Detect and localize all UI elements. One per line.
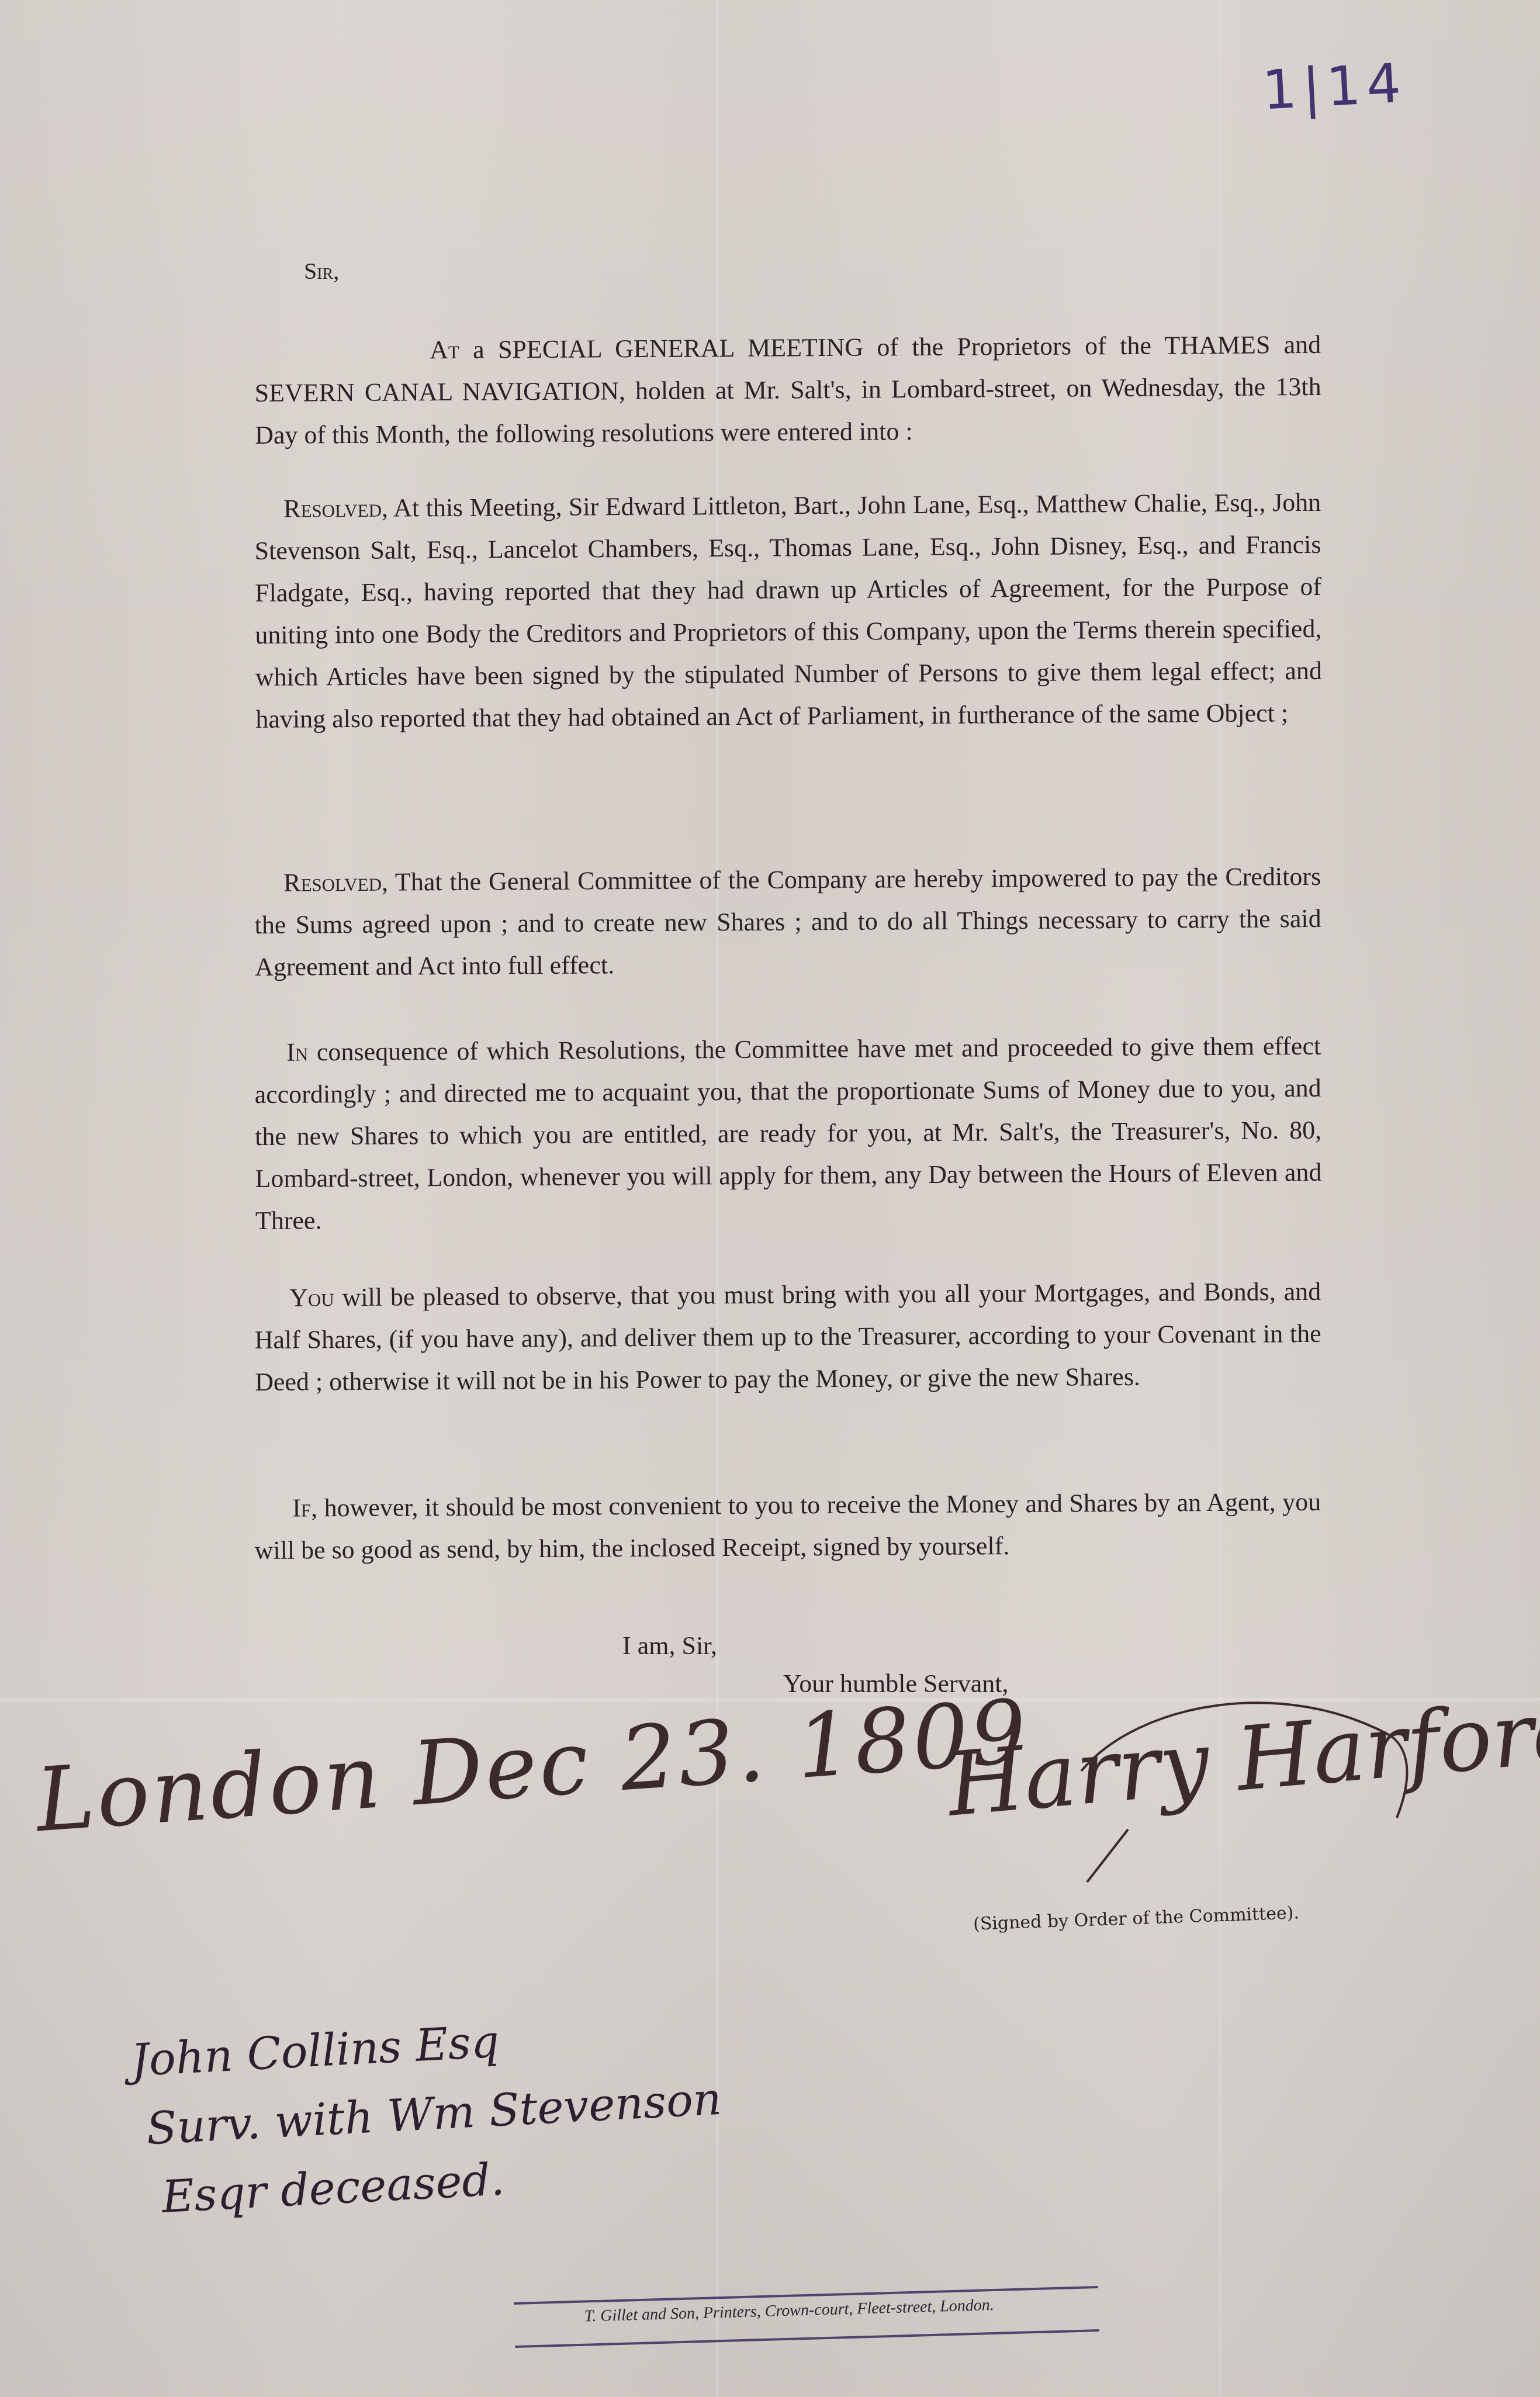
- lead-word: In: [286, 1037, 308, 1066]
- salutation: Sir,: [304, 257, 339, 285]
- paragraph-text: however, it should be most convenient to…: [255, 1488, 1321, 1565]
- paragraph-intro: At a SPECIAL GENERAL MEETING of the Prop…: [254, 324, 1321, 456]
- paragraph-text: consequence of which Resolutions, the Co…: [255, 1032, 1322, 1235]
- lead-word: At: [430, 335, 459, 364]
- committee-note: (Signed by Order of the Committee).: [973, 1903, 1300, 1934]
- handwritten-addressee: John Collins Esq Surv. with Wm Stevenson…: [129, 1995, 726, 2233]
- paragraph-resolution-2: Resolved, That the General Committee of …: [254, 856, 1321, 988]
- paragraph-text: will be pleased to observe, that you mus…: [255, 1277, 1321, 1396]
- archive-number: 1|14: [1261, 52, 1408, 122]
- printer-imprint: T. Gillet and Son, Printers, Crown-court…: [584, 2296, 994, 2326]
- lead-word: Resolved,: [283, 868, 388, 897]
- paragraph-observe: You will be pleased to observe, that you…: [254, 1271, 1321, 1403]
- lead-word: Resolved,: [283, 494, 388, 523]
- paragraph-text: a SPECIAL GENERAL MEETING of the Proprie…: [255, 330, 1321, 449]
- paragraph-text: That the General Committee of the Compan…: [255, 862, 1321, 981]
- paragraph-consequence: In consequence of which Resolutions, the…: [254, 1025, 1322, 1242]
- paragraph-agent: If, however, it should be most convenien…: [254, 1481, 1321, 1572]
- lead-word: You: [289, 1283, 334, 1312]
- closing-line-1: I am, Sir,: [622, 1631, 717, 1661]
- handwritten-date: London Dec 23. 1809: [33, 1681, 1032, 1852]
- paragraph-resolution-1: Resolved, At this Meeting, Sir Edward Li…: [254, 482, 1323, 741]
- paragraph-text: At this Meeting, Sir Edward Littleton, B…: [255, 488, 1323, 734]
- lead-word: If,: [292, 1493, 317, 1522]
- printer-imprint-box: T. Gillet and Son, Printers, Crown-court…: [514, 2286, 1099, 2348]
